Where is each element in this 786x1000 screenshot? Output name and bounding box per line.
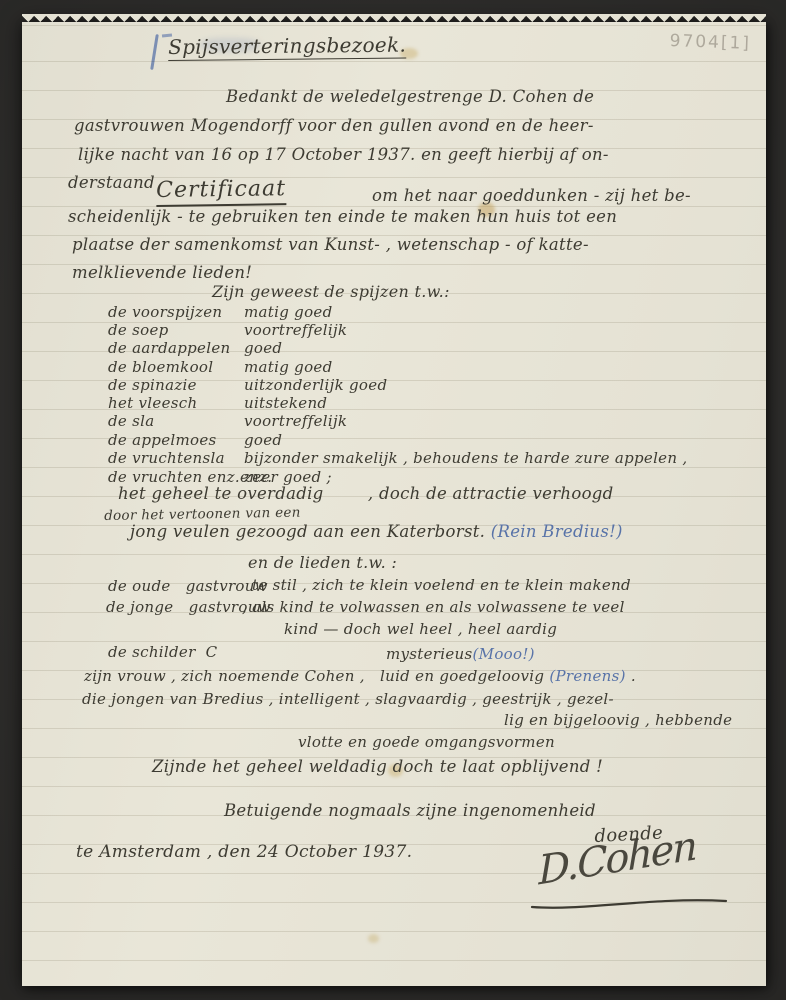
intro-line: om het naar goeddunken - zij het be-	[372, 187, 691, 206]
dish-name: de soep	[108, 322, 169, 339]
person-verdict: mysterieus(Mooo!)	[386, 646, 535, 663]
photo-background: 9704[1] Spijsverteringsbezoek. Bedankt d…	[0, 0, 786, 1000]
archive-number: 9704[1]	[669, 32, 751, 54]
people-heading: en de lieden t.w. :	[248, 554, 397, 572]
letter-paper: 9704[1] Spijsverteringsbezoek. Bedankt d…	[22, 22, 766, 986]
dish-verdict: uitstekend	[244, 395, 327, 412]
person-line-continuation: vlotte en goede omgangsvormen	[298, 734, 555, 751]
dish-name: de aardappelen	[108, 340, 230, 357]
dish-name: de voorspijzen	[108, 304, 222, 321]
person-verdict: te stil , zich te klein voelend en te kl…	[252, 577, 631, 594]
blue-pen-mark	[150, 34, 159, 70]
blue-annotation-painter: (Mooo!)	[473, 645, 535, 663]
dish-verdict: goed	[244, 340, 282, 357]
signature-flourish	[530, 894, 730, 912]
dish-name: het vleesch	[108, 395, 197, 412]
closing-gratitude: Betuigende nogmaals zijne ingenomenheid	[224, 802, 596, 821]
paper-stain	[368, 934, 379, 943]
dateline: te Amsterdam , den 24 October 1937.	[76, 843, 412, 863]
person-line-continuation: lig en bijgeloovig , hebbende	[504, 712, 732, 729]
intro-line: gastvrouwen Mogendorff voor den gullen a…	[74, 117, 594, 136]
dish-verdict: matig goed	[244, 304, 332, 321]
dish-name: de sla	[108, 413, 155, 430]
person-verdict-continuation: kind — doch wel heel , heel aardig	[284, 621, 557, 638]
dish-verdict: goed	[244, 432, 282, 449]
blue-annotation-bredius: (Rein Bredius!)	[491, 522, 623, 541]
dish-verdict: voortreffelijk	[244, 413, 347, 430]
dish-verdict: bijzonder smakelijk , behoudens te harde…	[244, 450, 687, 467]
dishes-heading: Zijn geweest de spijzen t.w.:	[212, 283, 450, 301]
remark-text: jong veulen gezoogd aan een Katerborst.	[130, 522, 491, 541]
closing-overall: Zijnde het geheel weldadig doch te laat …	[152, 758, 603, 777]
intro-line: derstaand	[68, 174, 155, 193]
dish-name: de vruchtensla	[108, 450, 225, 467]
dish-name: de spinazie	[108, 377, 197, 394]
blue-annotation-wife: (Prenens)	[549, 667, 625, 685]
person-line: zijn vrouw , zich noemende Cohen , luid …	[84, 668, 636, 685]
remark-line: het geheel te overdadig , doch de attrac…	[118, 485, 614, 504]
intro-line: plaatse der samenkomst van Kunst- , wete…	[72, 236, 589, 255]
dish-name: de appelmoes	[108, 432, 217, 449]
dish-verdict: voortreffelijk	[244, 322, 347, 339]
dish-verdict: matig goed	[244, 359, 332, 376]
intro-line: melklievende lieden!	[72, 264, 252, 283]
person-line: die jongen van Bredius , intelligent , s…	[82, 691, 614, 708]
person-name: de schilder C	[108, 644, 217, 661]
dish-verdict: uitzonderlijk goed	[244, 377, 387, 394]
wife-line-text: zijn vrouw , zich noemende Cohen , luid …	[84, 667, 549, 685]
painter-verdict-text: mysterieus	[386, 645, 473, 663]
intro-line: scheidenlijk - te gebruiken ten einde te…	[68, 208, 617, 227]
dish-name: de bloemkool	[108, 359, 213, 376]
wife-line-period: .	[626, 667, 636, 685]
remark-line: jong veulen gezoogd aan een Katerborst. …	[130, 523, 623, 542]
intro-line: Bedankt de weledelgestrenge D. Cohen de	[226, 88, 594, 107]
intro-line: lijke nacht van 16 op 17 October 1937. e…	[78, 146, 609, 165]
person-verdict: , als kind te volwassen en als volwassen…	[242, 599, 625, 616]
document-title: Spijsverteringsbezoek.	[168, 34, 406, 61]
certificate-word: Certificaat	[156, 176, 286, 207]
person-name: de oude gastvrouw	[108, 578, 268, 595]
